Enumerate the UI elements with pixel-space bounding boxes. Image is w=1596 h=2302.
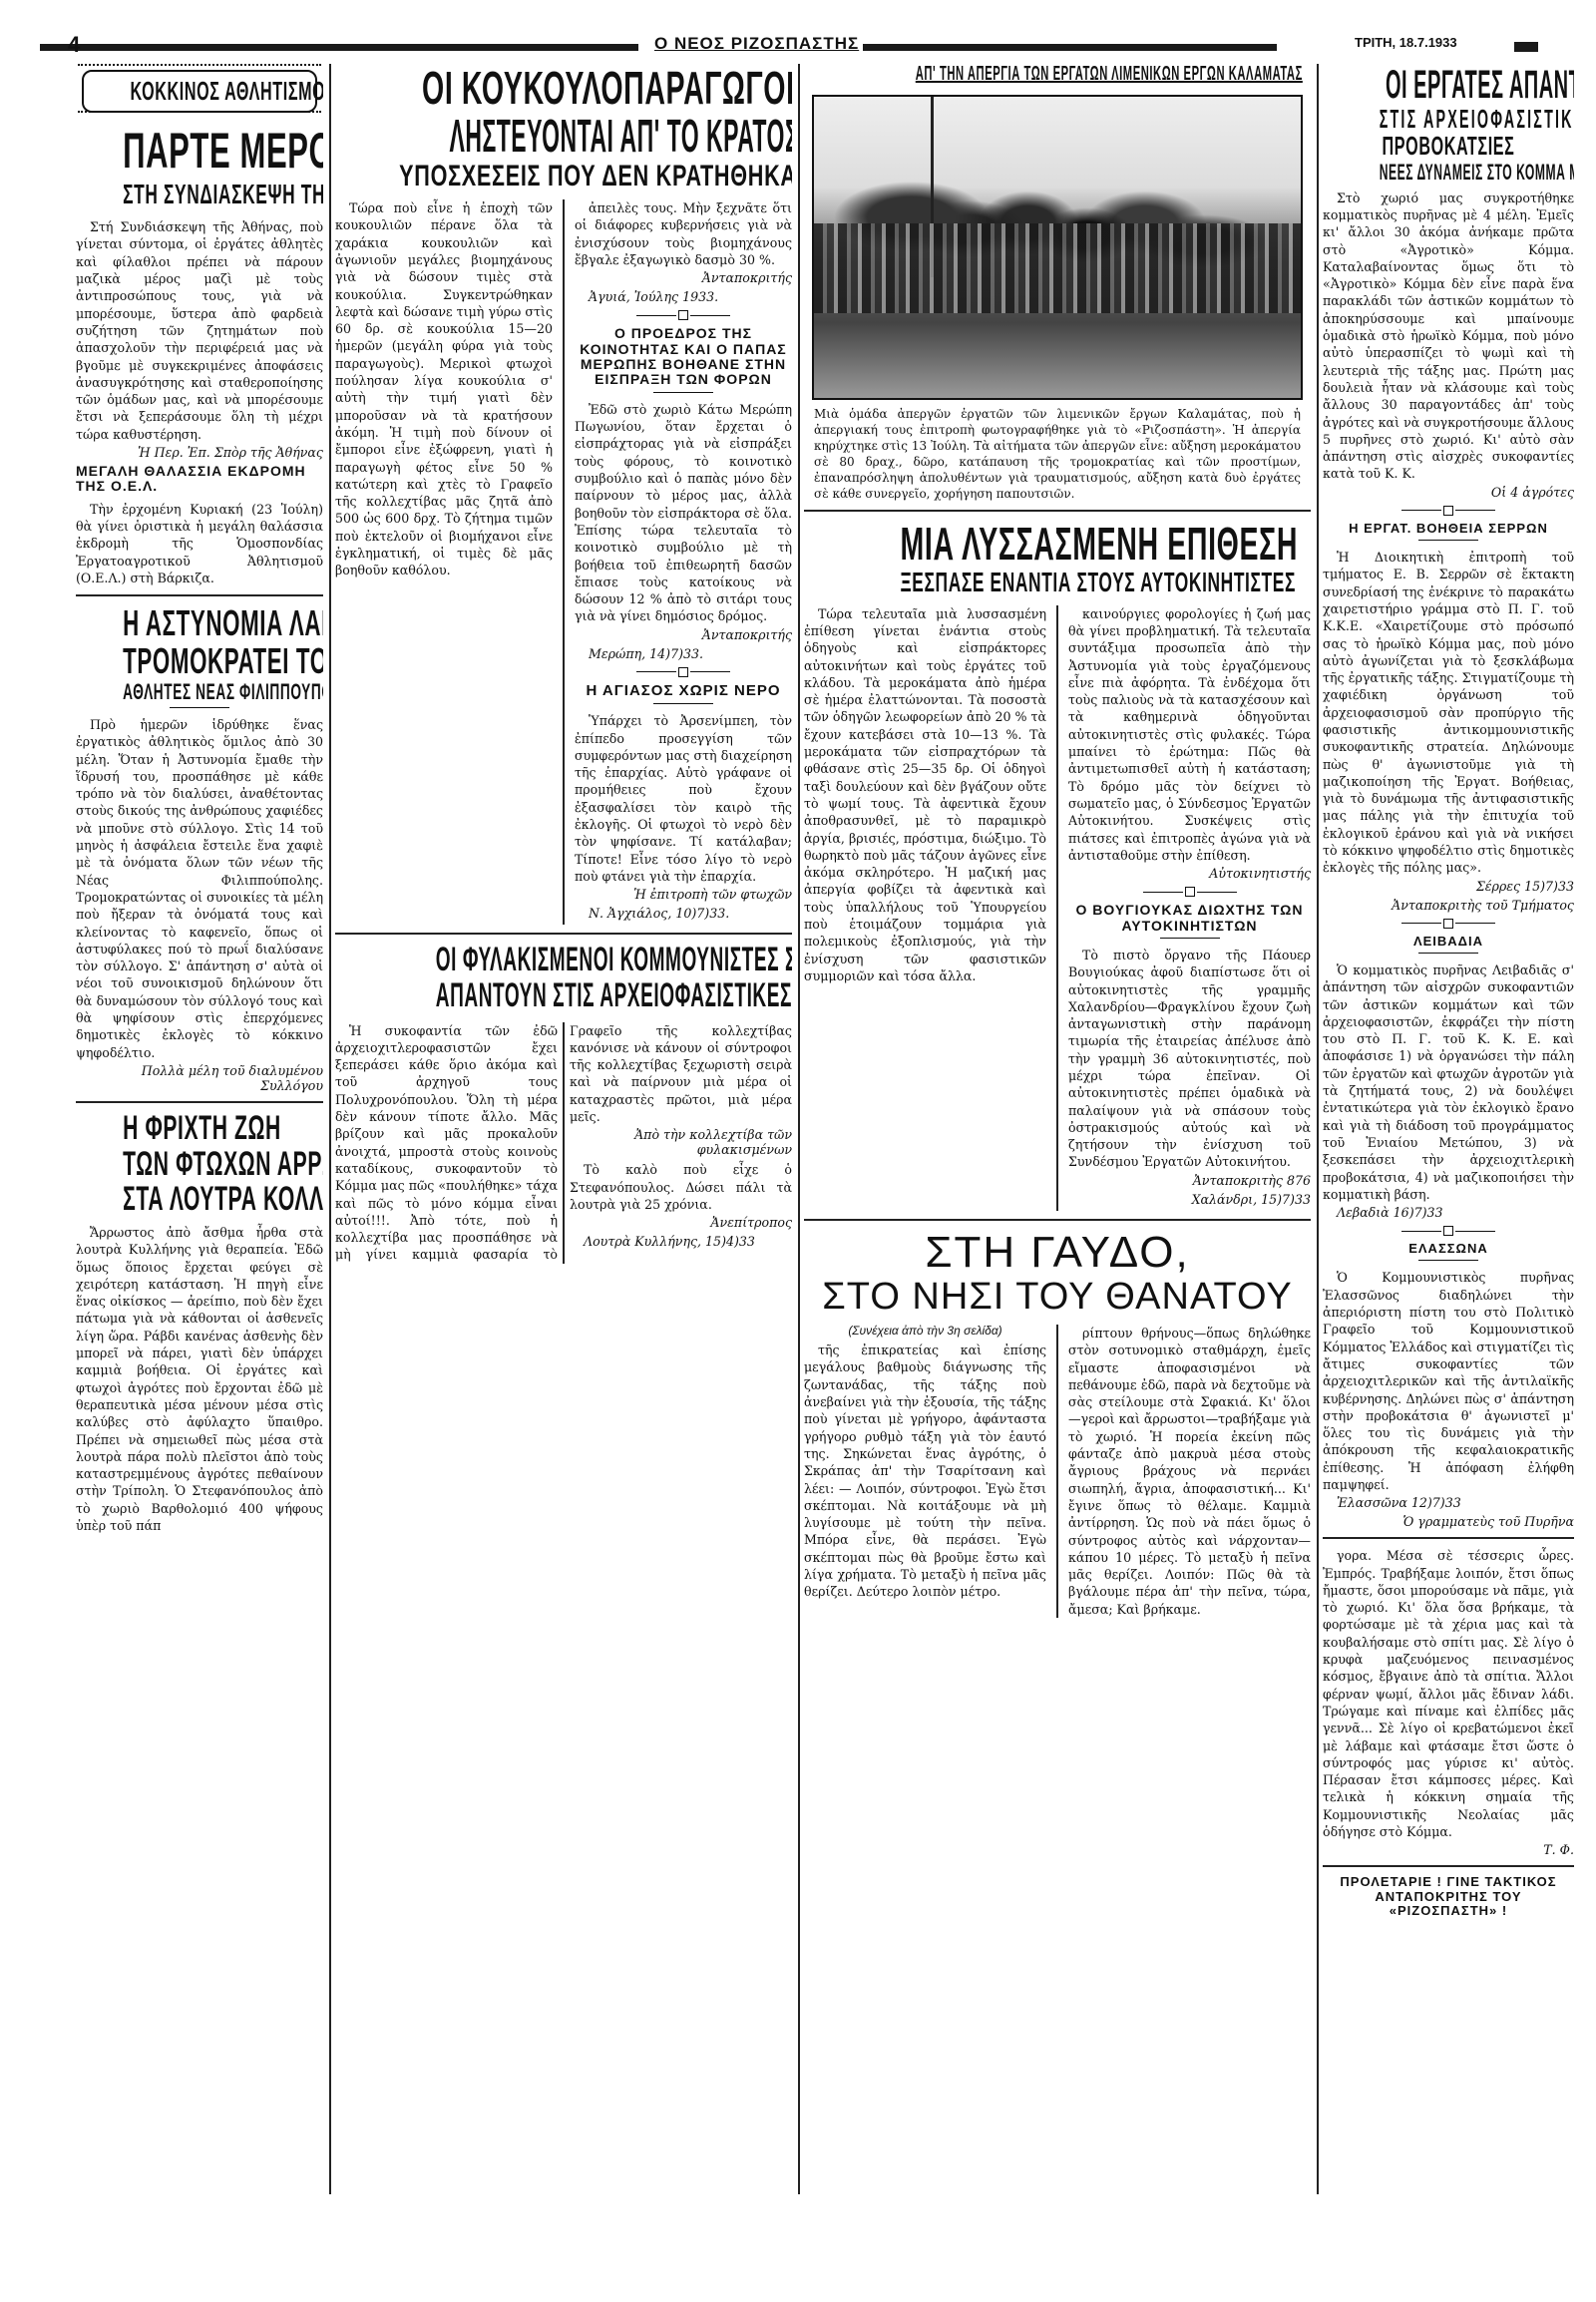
dateline: Ἀγυιά, Ἰούλης 1933.	[575, 289, 792, 304]
article-body: καινούργιες φορολογίες ἡ ζωή μας θὰ γίνε…	[1068, 605, 1311, 864]
article-body: Ὁ Κομμουνιστικὸς πυρῆνας Ἐλασσῶνος διαδη…	[1323, 1269, 1574, 1493]
headline: Ο ΒΟΥΓΙΟΥΚΑΣ ΔΙΩΧΤΗΣ ΤΩΝ ΑΥΤΟΚΙΝΗΤΙΣΤΩΝ	[1068, 903, 1311, 934]
column-1: ΚΟΚΚΙΝΟΣ ΑΘΛΗΤΙΣΜΟΣ ΠΑΡΤΕ ΜΕΡΟΣ ΣΤΗ ΣΥΝΔ…	[76, 64, 323, 2198]
newspaper-title: Ο ΝΕΟΣ ΡΙΖΟΣΠΑΣΤΗΣ	[650, 34, 863, 54]
headline: ΣΤΟ ΝΗΣΙ ΤΟΥ ΘΑΝΑΤΟΥ	[804, 1277, 1311, 1319]
article-body: Πρὸ ἡμερῶν ἱδρύθηκε ἕνας ἐργατικὸς ἀθλητ…	[76, 716, 323, 1061]
column-rule	[798, 64, 800, 2194]
headline: ΜΕΓΑΛΗ ΘΑΛΑΣΣΙΑ ΕΚΔΡΟΜΗ ΤΗΣ Ο.Ε.Λ.	[76, 464, 323, 495]
photo-detail	[814, 223, 1301, 314]
article-body: Στὸ χωριό μας συγκροτήθηκε κομματικὸς πυ…	[1323, 190, 1574, 483]
headline: ΤΡΟΜΟΚΡΑΤΕΙ ΤΟΥΣ ΝΕΟΥΣ	[123, 642, 276, 680]
subheadline: ΑΘΛΗΤΕΣ ΝΕΑΣ ΦΙΛΙΠΠΟΥΠΟΛΗΣ	[123, 680, 276, 703]
headline: ΣΤΗ ΓΑΥΔΟ,	[804, 1229, 1311, 1277]
photo-caption: Μιὰ ὁμάδα ἀπεργῶν ἐργατῶν τῶν λιμενικῶν …	[814, 406, 1301, 502]
lead-headline: ΛΗΣΤΕΥΟΝΤΑΙ ΑΠ' ΤΟ ΚΡΑΤΟΣ ΚΑΙ ΕΜΠΟΡΟΥΣ	[450, 112, 678, 160]
rule	[1418, 953, 1478, 954]
column-4: ΟΙ ΕΡΓΑΤΕΣ ΑΠΑΝΤΟΥΝ ΣΤΙΣ ΑΡΧΕΙΟΦΑΣΙΣΤΙΚΕ…	[1323, 64, 1574, 2298]
dateline: Ν. Ἀγχιάλος, 10)7)33.	[575, 906, 792, 921]
signature: Ἀπὸ τὴν κολλεχτίβα τῶν φυλακισμένων	[570, 1127, 792, 1157]
lead-headline: ΟΙ ΚΟΥΚΟΥΛΟΠΑΡΑΓΩΓΟΙ ΑΓΥΙΑΣ	[422, 64, 705, 112]
section-divider	[1323, 1865, 1574, 1867]
section-divider	[335, 933, 792, 935]
masthead-rule-left	[40, 44, 638, 51]
subheadline: ΝΕΕΣ ΔΥΝΑΜΕΙΣ ΣΤΟ ΚΟΜΜΑ ΜΑΣ	[1380, 161, 1518, 184]
section-divider	[804, 510, 1311, 512]
signature: Ἀνεπίτροπος	[570, 1215, 792, 1230]
section-title: ΚΟΚΚΙΝΟΣ ΑΘΛΗΤΙΣΜΟΣ	[131, 78, 269, 105]
headline: Η ΦΡΙΧΤΗ ΖΩΗ	[123, 1111, 276, 1147]
article-body: τῆς ἐπικρατείας καὶ ἐπίσης μεγάλους βαθμ…	[804, 1342, 1046, 1600]
article-body: Ὑπάρχει τὸ Ἀρσενίμπεη, τὸν ἐπίπεδο προσε…	[575, 712, 792, 885]
headline: ΜΙΑ ΛΥΣΣΑΣΜΕΝΗ ΕΠΙΘΕΣΗ	[901, 520, 1215, 568]
rule	[653, 392, 713, 393]
column-rule	[1317, 64, 1319, 2194]
article-body: Ἄρρωστος ἀπὸ ἄσθμα ἦρθα στὰ λουτρὰ Κυλλή…	[76, 1224, 323, 1534]
divider-ornament	[575, 310, 792, 320]
article-body: γορα. Μέσα σὲ τέσσερις ὧρες. Ἐμπρός. Τρα…	[1323, 1547, 1574, 1840]
divider-ornament	[1323, 919, 1574, 929]
dateline: Λουτρὰ Κυλλήνης, 15)4)33	[570, 1234, 792, 1249]
rule	[170, 707, 229, 708]
section-divider	[76, 1101, 323, 1103]
divider-ornament	[1068, 887, 1311, 897]
masthead-end-block	[1514, 42, 1538, 52]
signature: Ἡ ἐπιτροπὴ τῶν φτωχῶν	[575, 887, 792, 902]
issue-date: ΤΡΙΤΗ, 18.7.1933	[1355, 35, 1457, 50]
rule	[1160, 938, 1220, 939]
signature: Ἀνταποκριτής	[575, 270, 792, 285]
headline: Η ΕΡΓΑΤ. ΒΟΗΘΕΙΑ ΣΕΡΡΩΝ	[1323, 522, 1574, 536]
rule	[1418, 1260, 1478, 1261]
continued-note: (Συνέχεια ἀπὸ τὴν 3η σελίδα)	[804, 1325, 1046, 1338]
lead-headline: ΣΤΙΣ ΑΡΧΕΙΟΦΑΣΙΣΤΙΚΕΣ	[1380, 106, 1518, 133]
column-2: ΟΙ ΚΟΥΚΟΥΛΟΠΑΡΑΓΩΓΟΙ ΑΓΥΙΑΣ ΛΗΣΤΕΥΟΝΤΑΙ …	[335, 64, 792, 2198]
headline: ΠΑΡΤΕ ΜΕΡΟΣ	[123, 125, 276, 178]
section-divider	[804, 1219, 1311, 1221]
divider-ornament	[1323, 506, 1574, 516]
masthead-rule-right	[838, 44, 1277, 51]
signature: Ἡ Περ. Ἐπ. Σπὸρ τῆς Ἀθήνας	[76, 445, 323, 460]
lead-headline: ΟΙ ΕΡΓΑΤΕΣ ΑΠΑΝΤΟΥΝ	[1386, 64, 1511, 106]
headline: ΤΩΝ ΦΤΩΧΩΝ ΑΡΡΩΣΤΩΝ	[123, 1147, 276, 1183]
subheadline: ΞΕΣΠΑΣΕ ΕΝΑΝΤΙΑ ΣΤΟΥΣ ΑΥΤΟΚΙΝΗΤΙΣΤΕΣ	[901, 568, 1215, 596]
article-body: Τώρα ποὺ εἶνε ἡ ἐποχὴ τῶν κουκουλιῶν πέρ…	[335, 199, 553, 579]
dateline: Ἐλασσῶνα 12)7)33	[1323, 1495, 1574, 1510]
rule	[653, 703, 713, 704]
signature: Ἀνταποκριτὴς τοῦ Τμήματος	[1323, 898, 1574, 913]
headline: ΟΙ ΦΥΛΑΚΙΣΜΕΝΟΙ ΚΟΜΜΟΥΝΙΣΤΕΣ ΣΥΓΓΡΟΥ	[436, 943, 691, 978]
divider-ornament	[575, 667, 792, 677]
lead-headline: ΠΡΟΒΟΚΑΤΣΙΕΣ	[1371, 133, 1526, 160]
subheadline: ΣΤΗ ΣΥΝΔΙΑΣΚΕΨΗ ΤΗΣ ΑΘΗΝΑΣ	[123, 180, 276, 208]
headline: ΑΠΑΝΤΟΥΝ ΣΤΙΣ ΑΡΧΕΙΟΦΑΣΙΣΤΙΚΕΣ ΨΕΥΤΙΕΣ	[436, 978, 691, 1014]
article-body: Τὴν ἐρχομένη Κυριακή (23 Ἰούλη) θὰ γίνει…	[76, 501, 323, 586]
article-body: Τώρα τελευταῖα μιὰ λυσσασμένη ἐπίθεση γί…	[804, 605, 1046, 985]
page-number: 4	[68, 32, 80, 58]
article-body: ρίπτουν θρήνους—ὅπως δηλώθηκε στὸν σοτυν…	[1068, 1325, 1311, 1618]
section-divider	[76, 594, 323, 596]
article-body: ἀπειλὲς τους. Μὴν ξεχνᾶτε ὅτι οἱ διάφορε…	[575, 199, 792, 268]
article-body: Ὁ κομματικὸς πυρῆνας Λειβαδιᾶς σ' ἀπάντη…	[1323, 961, 1574, 1203]
signature: Οἱ 4 ἀγρότες	[1323, 485, 1574, 500]
signature: Αὐτοκινητιστής	[1068, 866, 1311, 881]
signature: Τ. Φ.	[1323, 1842, 1574, 1857]
column-3: ΑΠ' ΤΗΝ ΑΠΕΡΓΙΑ ΤΩΝ ΕΡΓΑΤΩΝ ΛΙΜΕΝΙΚΩΝ ΕΡ…	[804, 64, 1311, 2198]
headline: ΕΛΑΣΣΩΝΑ	[1323, 1242, 1574, 1256]
masthead: 4 Ο ΝΕΟΣ ΡΙΖΟΣΠΑΣΤΗΣ ΤΡΙΤΗ, 18.7.1933	[40, 36, 1556, 56]
article-body: Στή Συνδιάσκεψη τῆς Ἀθήνας, ποὺ γίνεται …	[76, 218, 323, 443]
article-body: Ἐδῶ στὸ χωριὸ Κάτω Μερώπη Πωγωνίου, ὅταν…	[575, 401, 792, 625]
signature: Ὁ γραμματεὺς τοῦ Πυρῆνα	[1323, 1514, 1574, 1529]
section-box: ΚΟΚΚΙΝΟΣ ΑΘΛΗΤΙΣΜΟΣ	[82, 70, 317, 113]
article-body: Τὸ πιστὸ ὄργανο τῆς Πάουερ Βουγιούκας ἀφ…	[1068, 947, 1311, 1171]
article-body: Τὸ καλὸ ποὺ εἶχε ὁ Στεφανόπουλος. Δώσει …	[570, 1161, 792, 1213]
headline: Η ΑΓΙΑΣΟΣ ΧΩΡΙΣ ΝΕΡΟ	[575, 683, 792, 700]
dateline: Μερώπη, 14)7)33.	[575, 646, 792, 661]
news-photo	[812, 95, 1303, 400]
headline: ΛΕΙΒΑΔΙΑ	[1323, 935, 1574, 949]
photo-kicker: ΑΠ' ΤΗΝ ΑΠΕΡΓΙΑ ΤΩΝ ΕΡΓΑΤΩΝ ΛΙΜΕΝΙΚΩΝ ΕΡ…	[916, 64, 1199, 85]
lead-subheadline: ΥΠΟΣΧΕΣΕΙΣ ΠΟΥ ΔΕΝ ΚΡΑΤΗΘΗΚΑΝ	[399, 161, 728, 192]
article-body: Ἡ Διοικητικὴ ἐπιτροπὴ τοῦ τμήματος Ε. Β.…	[1323, 549, 1574, 877]
dateline: Λεβαδιὰ 16)7)33	[1323, 1205, 1574, 1220]
dateline: Σέρρες 15)7)33	[1323, 879, 1574, 894]
headline: Ο ΠΡΟΕΔΡΟΣ ΤΗΣ ΚΟΙΝΟΤΗΤΑΣ ΚΑΙ Ο ΠΑΠΑΣ ΜΕ…	[575, 326, 792, 388]
headline: Η ΑΣΤΥΝΟΜΙΑ ΛΑΡΙΣΣΗΣ	[123, 604, 276, 642]
dateline: Χαλάνδρι, 15)7)33	[1068, 1192, 1311, 1207]
rule	[1418, 540, 1478, 541]
divider-ornament	[1323, 1226, 1574, 1236]
footer-appeal: ΠΡΟΛΕΤΑΡΙΕ ! ΓΙΝΕ ΤΑΚΤΙΚΟΣ ΑΝΤΑΠΟΚΡΙΤΗΣ …	[1323, 1875, 1574, 1918]
signature: Πολλὰ μέλη τοῦ διαλυμένου Συλλόγου	[76, 1063, 323, 1093]
signature: Ἀνταποκριτὴς 876	[1068, 1173, 1311, 1188]
signature: Ἀνταποκριτής	[575, 627, 792, 642]
column-rule	[329, 64, 331, 2194]
headline: ΣΤΑ ΛΟΥΤΡΑ ΚΟΛΛΗΝΗΣ	[123, 1182, 276, 1218]
section-divider	[1323, 1537, 1574, 1539]
